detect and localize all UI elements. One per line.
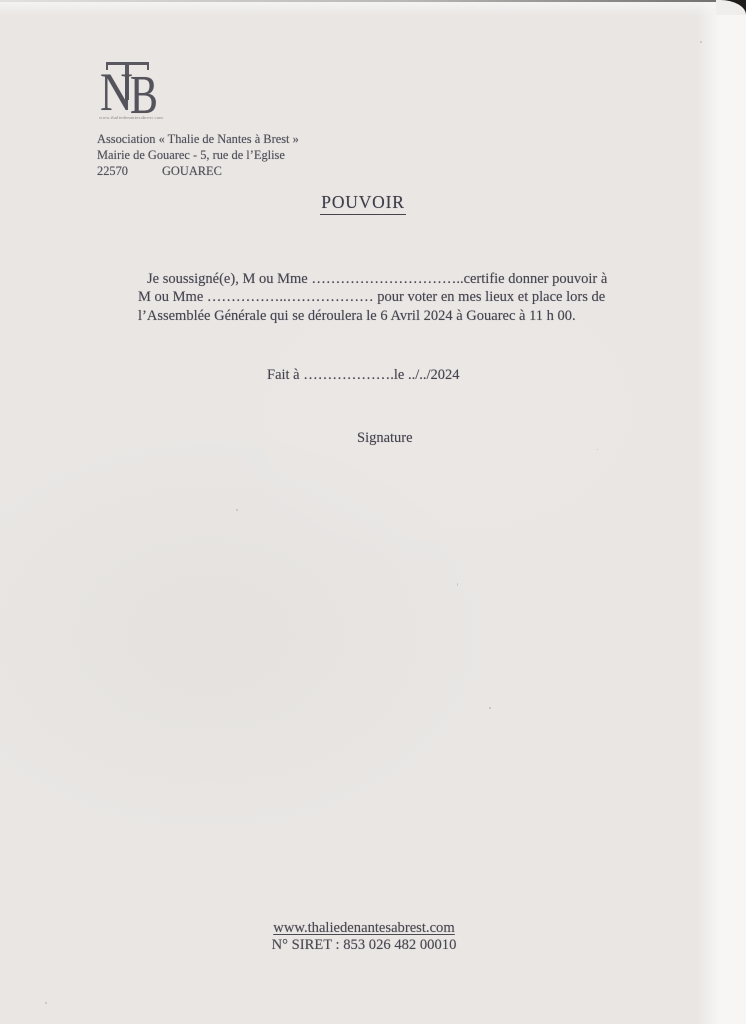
association-street: Mairie de Gouarec - 5, rue de l’Eglise [97, 148, 299, 164]
scan-speckle [45, 1002, 47, 1004]
city-name: GOUAREC [162, 164, 222, 178]
logo-website-caption: www.thaliedenantesabrest.com [99, 115, 163, 120]
title-row: POUVOIR [0, 192, 726, 215]
scan-corner-artifact [716, 0, 746, 15]
logo-letter-n: N [100, 65, 133, 119]
proxy-statement-paragraph: Je soussigné(e), M ou Mme …………………………..ce… [138, 270, 607, 325]
association-name: Association « Thalie de Nantes à Brest » [97, 132, 299, 148]
association-city-line: 22570GOUAREC [97, 164, 299, 180]
scan-speckle [489, 707, 491, 709]
signature-label: Signature [357, 430, 413, 447]
postal-code: 22570 [97, 164, 128, 178]
association-logo: N B www.thaliedenantesabrest.com [96, 56, 186, 126]
scan-speckle [236, 509, 238, 511]
paragraph-line: M ou Mme ……………..……………… pour voter en mes… [138, 288, 607, 306]
scanned-document-page: N B www.thaliedenantesabrest.com Associa… [0, 0, 746, 1024]
association-address-block: Association « Thalie de Nantes à Brest »… [97, 132, 299, 180]
scan-speckle [700, 41, 702, 43]
logo-letter-b: B [130, 67, 158, 122]
paragraph-line: l’Assemblée Générale qui se déroulera le… [138, 307, 607, 325]
document-title: POUVOIR [320, 192, 405, 215]
scan-speckle [597, 449, 598, 450]
date-place-line: Fait à ……………….le ../../2024 [267, 367, 460, 384]
scan-speckle [457, 583, 458, 586]
footer-siret: N° SIRET : 853 026 482 00010 [0, 937, 728, 954]
scan-top-edge-artifact [0, 0, 746, 2]
footer-block: www.thaliedenantesabrest.com N° SIRET : … [0, 920, 728, 954]
paragraph-line: Je soussigné(e), M ou Mme …………………………..ce… [138, 270, 607, 288]
footer-website: www.thaliedenantesabrest.com [0, 920, 728, 937]
